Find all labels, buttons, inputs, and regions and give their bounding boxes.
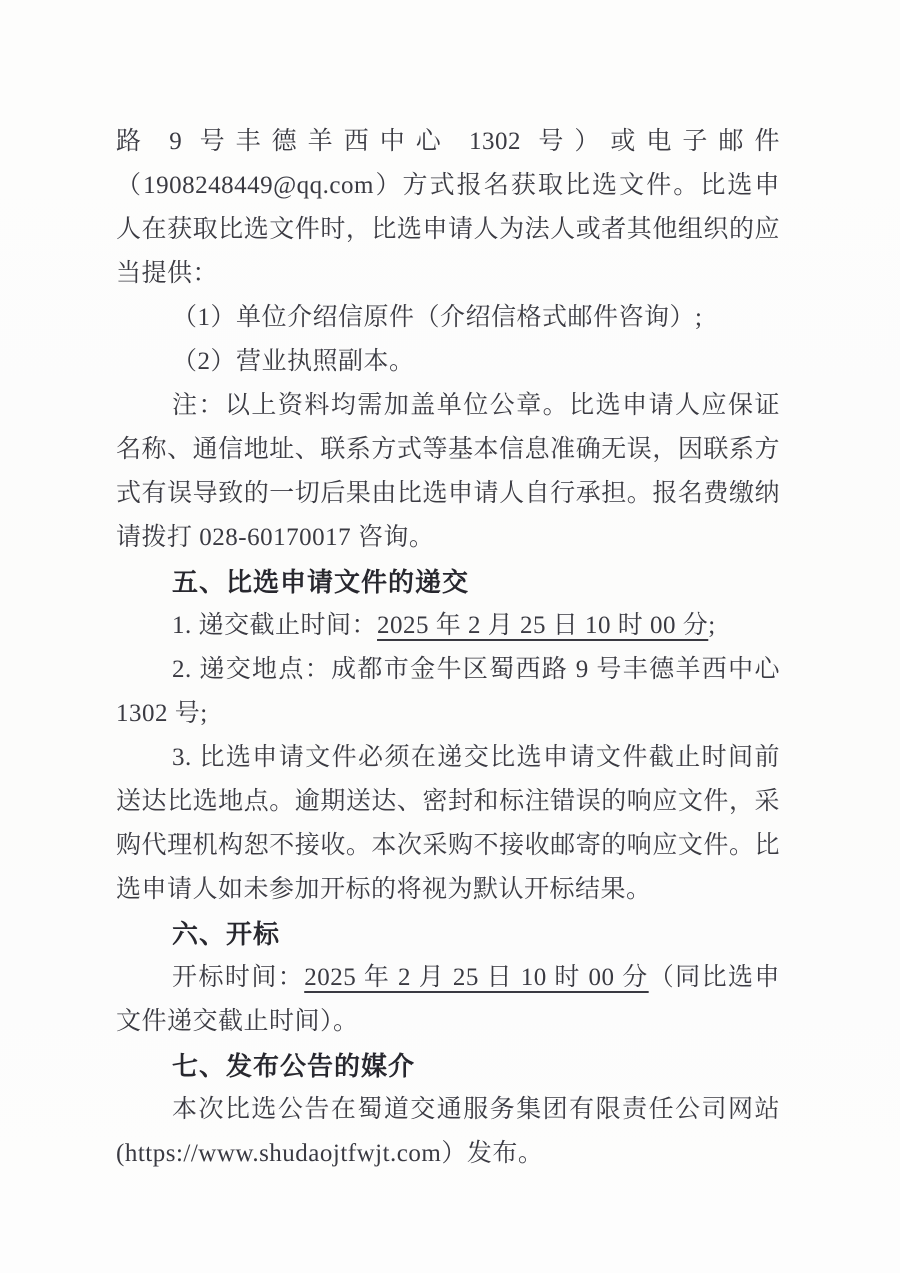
section-7-heading: 七、发布公告的媒介 (116, 1044, 780, 1088)
section-5-item3-line1: 3. 比选申请文件必须在递交比选申请文件截止时间前 (116, 736, 780, 780)
underlined-date: 2025 年 2 月 25 日 10 时 00 分 (304, 964, 648, 991)
section-5-item3-line2: 送达比选地点。逾期送达、密封和标注错误的响应文件，采 (116, 780, 780, 824)
section-5-item3-line4: 选申请人如未参加开标的将视为默认开标结果。 (116, 868, 780, 912)
document-content: 路 9 号丰德羊西中心 1302 号）或电子邮件（1908248449@qq.c… (116, 120, 780, 1176)
para-contact-line2: （1908248449@qq.com）方式报名获取比选文件。比选申请 (116, 164, 780, 208)
section-5-item1: 1. 递交截止时间：2025 年 2 月 25 日 10 时 00 分; (116, 604, 780, 648)
para-note-line1: 注：以上资料均需加盖单位公章。比选申请人应保证其 (116, 384, 780, 428)
text-segment: 开标时间： (172, 964, 304, 991)
section-5-item2-line2: 1302 号; (116, 692, 780, 736)
para-contact-line1: 路 9 号丰德羊西中心 1302 号）或电子邮件 (116, 120, 780, 164)
section-6-heading: 六、开标 (116, 912, 780, 956)
list-item-2: （2）营业执照副本。 (116, 340, 780, 384)
text-segment: 1. 递交截止时间： (172, 612, 377, 639)
text-segment: ; (708, 612, 715, 639)
para-contact-line3: 人在获取比选文件时，比选申请人为法人或者其他组织的应 (116, 208, 780, 252)
section-5-item2-line1: 2. 递交地点：成都市金牛区蜀西路 9 号丰德羊西中心 (116, 648, 780, 692)
section-6-line1: 开标时间：2025 年 2 月 25 日 10 时 00 分（同比选申请 (116, 956, 780, 1000)
section-5-heading: 五、比选申请文件的递交 (116, 560, 780, 604)
document-page: 路 9 号丰德羊西中心 1302 号）或电子邮件（1908248449@qq.c… (0, 0, 900, 1273)
para-note-line2: 名称、通信地址、联系方式等基本信息准确无误，因联系方 (116, 428, 780, 472)
section-7-line2: (https://www.shudaojtfwjt.com）发布。 (116, 1132, 780, 1176)
section-7-line1: 本次比选公告在蜀道交通服务集团有限责任公司网站 (116, 1088, 780, 1132)
section-6-line2: 文件递交截止时间）。 (116, 1000, 780, 1044)
para-note-line3: 式有误导致的一切后果由比选申请人自行承担。报名费缴纳 (116, 472, 780, 516)
para-contact-line4: 当提供： (116, 252, 780, 296)
list-item-1: （1）单位介绍信原件（介绍信格式邮件咨询）; (116, 296, 780, 340)
para-note-line4: 请拨打 028-60170017 咨询。 (116, 516, 780, 560)
section-5-item3-line3: 购代理机构恕不接收。本次采购不接收邮寄的响应文件。比 (116, 824, 780, 868)
underlined-date: 2025 年 2 月 25 日 10 时 00 分 (377, 612, 708, 639)
